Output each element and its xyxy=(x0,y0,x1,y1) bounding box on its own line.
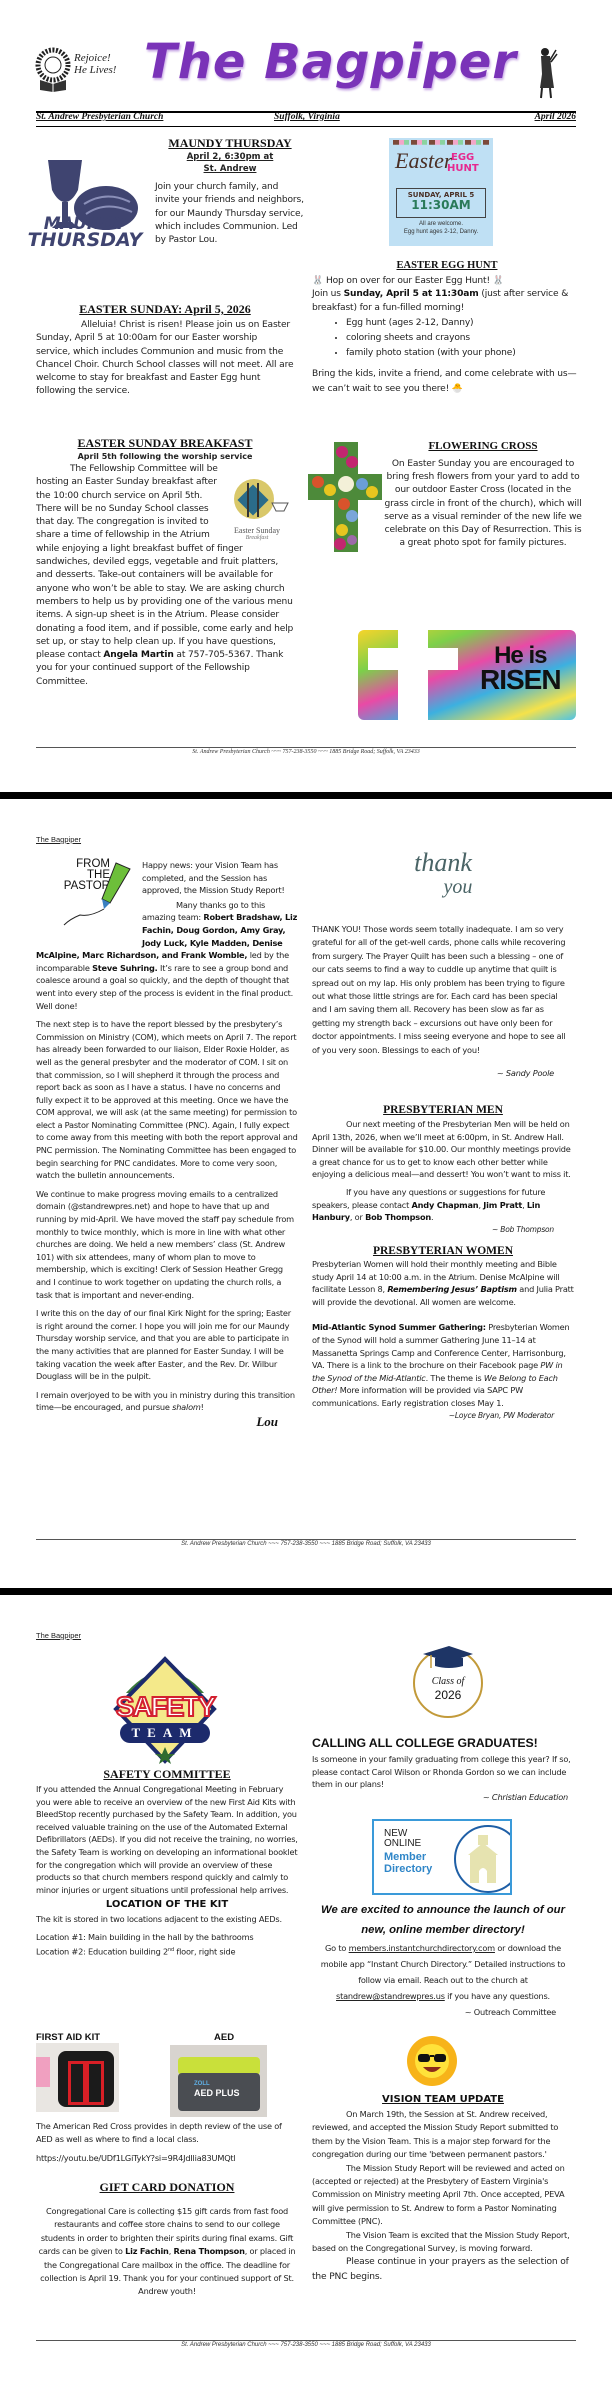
presbyterian-women-section: PRESBYTERIAN WOMEN Presbyterian Women wi… xyxy=(312,1245,574,1422)
pres-women-p2-end: More information will be provided via SA… xyxy=(312,1385,523,1408)
gift-card-body: Congregational Care is collecting $15 gi… xyxy=(36,2205,298,2299)
breakfast-heading: EASTER SUNDAY BREAKFAST xyxy=(36,436,294,451)
thank-you-logo-line1: thank xyxy=(398,849,488,877)
kit-strap-icon xyxy=(86,2061,104,2105)
member-directory-logo: NEW ONLINE Member Directory xyxy=(372,1819,512,1895)
egg-hunt-intro-text: Hop on over for our Easter Egg Hunt! xyxy=(326,276,490,286)
running-head: The Bagpiper xyxy=(36,835,81,844)
safety-team-logo: SAFETY TEAM xyxy=(110,1653,220,1765)
directory-signature: ~ Outreach Committee xyxy=(312,2004,556,2020)
rejoice-logo: Rejoice! He Lives! xyxy=(32,46,122,92)
egg-hunt-section: EASTER EGG HUNT 🐰 Hop on over for our Ea… xyxy=(312,260,582,397)
footer-rule xyxy=(36,747,576,748)
directory-section: We are excited to announce the launch of… xyxy=(312,1900,574,2020)
flowering-cross-section: FLOWERING CROSS On Easter Sunday you are… xyxy=(356,440,584,576)
page-3: The Bagpiper SAFETY TEAM SAFETY COMMITTE… xyxy=(0,1595,612,2386)
synod-gathering-label: Mid-Atlantic Synod Summer Gathering: xyxy=(312,1322,486,1332)
church-name: St. Andrew Presbyterian Church xyxy=(36,112,163,122)
contact-name: Jim Pratt xyxy=(483,1200,522,1210)
safety-logo-word: SAFETY xyxy=(110,1691,220,1723)
easter-sunday-section: EASTER SUNDAY: April 5, 2026 Alleluia! C… xyxy=(36,302,294,399)
maundy-date: April 2, 6:30pm at xyxy=(155,151,305,163)
graduates-signature: ~ Christian Education xyxy=(312,1791,568,1804)
location-2-end: floor, right side xyxy=(174,1946,235,1956)
maundy-image-line2: THURSDAY xyxy=(22,232,148,248)
egg-hunt-poster: Easter EGG HUNT SUNDAY, APRIL 5 11:30AM … xyxy=(389,138,493,246)
kit-strap-icon xyxy=(68,2061,86,2105)
location-1: Location #1: Main building in the hall b… xyxy=(36,1931,298,1944)
breakfast-body-top: The Fellowship Committee will be hosting… xyxy=(36,464,218,540)
issue-date: April 2026 xyxy=(535,112,576,122)
pastor-p1-wrap: Happy news: your Vision Team has complet… xyxy=(36,859,298,1012)
easter-sunday-body: Alleluia! Christ is risen! Please join u… xyxy=(36,319,294,399)
first-aid-kit-label: FIRST AID KIT xyxy=(36,2032,100,2043)
pres-men-heading: PRESBYTERIAN MEN xyxy=(312,1104,574,1116)
breakfast-logo: Easter Sunday Breakfast xyxy=(224,477,290,537)
red-cross-text: The American Red Cross provides in depth… xyxy=(36,2120,298,2145)
pres-men-p1: Our next meeting of the Presbyterian Men… xyxy=(312,1118,574,1181)
activity-item: coloring sheets and crayons xyxy=(346,332,582,345)
directory-body-end: if you have any questions. xyxy=(445,1991,550,2001)
pres-women-p2: Mid-Atlantic Synod Summer Gathering: Pre… xyxy=(312,1321,574,1409)
directory-go-to: Go to xyxy=(325,1943,349,1953)
bagpiper-icon xyxy=(536,44,558,100)
egg-hunt-closing-text: Bring the kids, invite a friend, and com… xyxy=(312,369,576,394)
activity-item: Egg hunt (ages 2-12, Danny) xyxy=(346,317,582,330)
masthead-rule-bottom xyxy=(36,126,576,127)
vision-p4: Please continue in your prayers as the s… xyxy=(312,2255,574,2284)
red-cross-section: The American Red Cross provides in depth… xyxy=(36,2120,298,2165)
thank-you-signature: ~ Sandy Poole xyxy=(312,1067,554,1080)
directory-logo-line3: Member xyxy=(384,1851,432,1863)
activity-item: family photo station (with your phone) xyxy=(346,347,582,360)
vision-p1: On March 19th, the Session at St. Andrew… xyxy=(312,2108,574,2162)
gift-card-section: GIFT CARD DONATION Congregational Care i… xyxy=(36,2180,298,2299)
risen-line2: RISEN xyxy=(480,668,561,692)
breakfast-subheading: April 5th following the worship service xyxy=(36,451,294,463)
safety-body: If you attended the Annual Congregationa… xyxy=(36,1783,298,1896)
first-aid-kit-photo xyxy=(36,2043,119,2112)
pres-men-p2: If you have any questions or suggestions… xyxy=(312,1186,574,1224)
vision-team-section: VISION TEAM UPDATE On March 19th, the Se… xyxy=(312,2094,574,2284)
pastor-p6: I remain overjoyed to be with you in min… xyxy=(36,1389,298,1414)
egg-hunt-join-prefix: Join us xyxy=(312,289,344,299)
bunny-icon: 🐰 xyxy=(312,276,323,286)
graduation-cap-icon xyxy=(423,1646,473,1668)
chick-icon: 🐣 xyxy=(452,384,463,394)
gift-contact-1: Liz Fachin xyxy=(125,2246,169,2256)
graduates-section: CALLING ALL COLLEGE GRADUATES! Is someon… xyxy=(312,1736,574,1803)
pastor-signature: Lou xyxy=(36,1414,278,1430)
poster-line1: All are welcome. xyxy=(389,220,493,228)
pres-men-signature: ~ Bob Thompson xyxy=(312,1224,554,1237)
thank-you-section: THANK YOU! Those words seem totally inad… xyxy=(312,923,574,1080)
safety-heading: SAFETY COMMITTEE xyxy=(36,1767,298,1782)
bunny-icon: 🐰 xyxy=(493,276,504,286)
wreath-bible-icon xyxy=(32,46,74,92)
directory-body: Go to members.instantchurchdirectory.com… xyxy=(312,1940,574,2004)
egg-hunt-activities: Egg hunt (ages 2-12, Danny) coloring she… xyxy=(312,317,582,361)
page1-footer: St. Andrew Presbyterian Church ~~~ 757-2… xyxy=(36,749,576,755)
poster-egg: EGG xyxy=(451,152,479,163)
vision-p2: The Mission Study Report will be reviewe… xyxy=(312,2162,574,2229)
maundy-thursday-section: MAUNDY THURSDAY April 2, 6:30pm at St. A… xyxy=(155,136,305,247)
church-location: Suffolk, Virginia xyxy=(274,112,340,122)
easter-sunday-heading: EASTER SUNDAY: April 5, 2026 xyxy=(36,302,294,317)
pastor-p6-end: ! xyxy=(201,1402,204,1412)
maundy-location: St. Andrew xyxy=(155,163,305,175)
location-2-start: Location #2: Education building 2 xyxy=(36,1946,168,1956)
breakfast-contact: Angela Martin xyxy=(103,650,173,660)
poster-easter-script: Easter xyxy=(395,148,452,174)
egg-hunt-closing: Bring the kids, invite a friend, and com… xyxy=(312,367,582,397)
graduates-heading: CALLING ALL COLLEGE GRADUATES! xyxy=(312,1736,574,1750)
egg-hunt-date: Sunday, April 5 at 11:30am xyxy=(344,289,479,299)
thank-you-body: THANK YOU! Those words seem totally inad… xyxy=(312,923,574,1057)
safety-committee-section: SAFETY COMMITTEE If you attended the Ann… xyxy=(36,1767,298,1958)
aed-video-link[interactable]: https://youtu.be/UDf1LGiTykY?si=9R4JdIli… xyxy=(36,2152,298,2165)
he-is-risen-banner: He is RISEN xyxy=(358,630,576,720)
contact-name: Bob Thompson xyxy=(365,1212,431,1222)
footer-rule xyxy=(36,1539,576,1540)
pres-women-signature: ~Loyce Bryan, PW Moderator xyxy=(312,1410,554,1423)
page-2: The Bagpiper FROM THE PASTOR Happy news:… xyxy=(0,799,612,1573)
breakfast-logo-text: Easter Sunday xyxy=(224,526,290,535)
maundy-body: Join your church family, and invite your… xyxy=(155,181,305,247)
lesson-title: Remembering Jesus’ Baptism xyxy=(387,1284,517,1294)
page-separator xyxy=(0,1588,612,1595)
presbyterian-men-section: PRESBYTERIAN MEN Our next meeting of the… xyxy=(312,1104,574,1236)
pastor-p3: The next step is to have the report bles… xyxy=(36,1018,298,1182)
page-1: Rejoice! He Lives! The Bagpiper St. Andr… xyxy=(0,0,612,790)
cross-icon-bar xyxy=(368,648,458,670)
plate-cutlery-icon xyxy=(224,477,290,521)
aed-brand: ZOLL xyxy=(194,2081,210,2087)
location-2: Location #2: Education building 2nd floo… xyxy=(36,1944,298,1958)
vision-team-leader: Steve Suhring. xyxy=(92,963,158,973)
pastor-p4: We continue to make progress moving emai… xyxy=(36,1188,298,1301)
cross-icon xyxy=(398,630,428,720)
egg-hunt-intro: 🐰 Hop on over for our Easter Egg Hunt! 🐰… xyxy=(312,275,582,315)
sunglasses-sun-icon xyxy=(406,2035,458,2087)
logo-text-line2: He Lives! xyxy=(74,64,116,76)
pastor-shalom: shalom xyxy=(172,1402,201,1412)
poster-datebox: SUNDAY, APRIL 5 11:30AM xyxy=(396,188,486,218)
maundy-heading: MAUNDY THURSDAY xyxy=(155,136,305,151)
poster-line2: Egg hunt ages 2-12, Danny. xyxy=(389,228,493,236)
aed-model: AED PLUS xyxy=(194,2088,240,2098)
graduates-body: Is someone in your family graduating fro… xyxy=(312,1753,574,1791)
thank-you-logo: thank you xyxy=(398,849,488,919)
contact-name: Andy Chapman xyxy=(412,1200,479,1210)
pink-paper xyxy=(36,2057,50,2087)
maundy-thursday-image: MAUNDY THURSDAY xyxy=(22,154,148,256)
directory-logo-line2: ONLINE xyxy=(384,1839,421,1849)
pres-women-heading: PRESBYTERIAN WOMEN xyxy=(312,1245,574,1257)
thank-you-logo-line2: you xyxy=(428,877,488,897)
pastor-p6-start: I remain overjoyed to be with you in min… xyxy=(36,1390,295,1413)
aed-photo: ZOLL AED PLUS xyxy=(170,2045,267,2117)
pastor-letter: Happy news: your Vision Team has complet… xyxy=(36,859,298,1430)
breakfast-section: EASTER SUNDAY BREAKFAST April 5th follow… xyxy=(36,436,294,689)
gift-card-heading: GIFT CARD DONATION xyxy=(36,2180,298,2195)
flowering-cross-heading: FLOWERING CROSS xyxy=(382,440,584,452)
egg-hunt-heading: EASTER EGG HUNT xyxy=(312,260,582,271)
bunting-decoration xyxy=(393,140,489,148)
directory-headline: We are excited to announce the launch of… xyxy=(312,1900,574,1940)
church-email-link[interactable]: standrew@standrewpres.us xyxy=(336,1991,445,2001)
directory-website-link[interactable]: members.instantchurchdirectory.com xyxy=(349,1943,495,1953)
pres-women-p2-mid: . The theme is xyxy=(426,1373,484,1383)
running-head: The Bagpiper xyxy=(36,1631,81,1640)
location-heading: LOCATION OF THE KIT xyxy=(36,1899,298,1910)
masthead-dateline: St. Andrew Presbyterian Church Suffolk, … xyxy=(36,112,576,125)
page-separator xyxy=(0,792,612,799)
logo-text-line1: Rejoice! xyxy=(74,52,116,64)
flowering-cross-body: On Easter Sunday you are encouraged to b… xyxy=(356,458,584,550)
safety-logo-team: TEAM xyxy=(110,1725,220,1741)
breakfast-logo-script: Breakfast xyxy=(224,535,290,542)
poster-time: 11:30AM xyxy=(397,199,485,212)
masthead-title: The Bagpiper xyxy=(144,34,517,90)
vision-p3: The Vision Team is excited that the Miss… xyxy=(312,2229,574,2256)
location-body: The kit is stored in two locations adjac… xyxy=(36,1913,298,1926)
page2-footer: St. Andrew Presbyterian Church ~~~ 757-2… xyxy=(36,1541,576,1547)
footer-rule xyxy=(36,2340,576,2341)
aed-label: AED xyxy=(214,2032,234,2043)
breakfast-body-rest: fellowship in the Atrium while enjoying … xyxy=(36,530,293,660)
poster-hunt: HUNT xyxy=(447,163,479,174)
class-of-2026-logo: Class of 2026 xyxy=(413,1648,483,1718)
class-of-script: Class of xyxy=(415,1676,481,1687)
pastor-p5: I write this on the day of our final Kir… xyxy=(36,1307,298,1383)
directory-logo-line4: Directory xyxy=(384,1863,432,1875)
gift-contact-2: Rena Thompson xyxy=(174,2246,245,2256)
vision-heading: VISION TEAM UPDATE xyxy=(312,2094,574,2105)
church-building-icon xyxy=(466,1833,500,1883)
flowering-cross-text: On Easter Sunday you are encouraged to b… xyxy=(384,459,581,548)
class-year: 2026 xyxy=(415,1688,481,1702)
page3-footer: St. Andrew Presbyterian Church ~~~ 757-2… xyxy=(36,2342,576,2348)
pres-women-p1: Presbyterian Women will hold their month… xyxy=(312,1258,574,1308)
